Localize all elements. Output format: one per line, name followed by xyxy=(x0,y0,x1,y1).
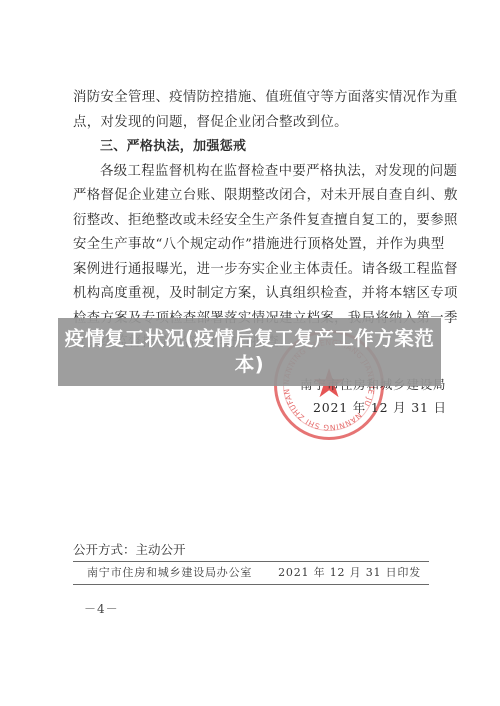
banner-title: 疫情复工状况(疫情后复工复产工作方案范本) xyxy=(64,326,436,378)
paragraph-line: 消防安全管理、疫情防控措施、值班值守等方面落实情况作为重 xyxy=(73,86,433,111)
paragraph-line: 各级工程监督机构在监督检查中要严格执法，对发现的问题 xyxy=(73,160,433,185)
section-heading: 三、严格执法，加强惩戒 xyxy=(73,135,433,160)
title-banner: 疫情复工状况(疫情后复工复产工作方案范本) xyxy=(58,318,441,386)
issuer-organization: 南宁市住房和城乡建设局办公室 xyxy=(73,564,252,584)
paragraph-line: 安全生产事故“八个规定动作”措施进行顶格处置，并作为典型 xyxy=(73,233,433,258)
paragraph-line: 衍整改、拒绝整改或未经安全生产条件复查擅自复工的，要参照 xyxy=(73,209,433,234)
paragraph-line: 严格督促企业建立台账、限期整改闭合，对未开展自查自纠、敷 xyxy=(73,184,433,209)
paragraph-line: 点，对发现的问题，督促企业闭合整改到位。 xyxy=(73,111,433,136)
signing-date: 2021 年 12 月 31 日 xyxy=(300,396,447,419)
disclosure-line: 公开方式：主动公开 xyxy=(73,541,429,562)
issuer-line: 南宁市住房和城乡建设局办公室 2021 年 12 月 31 日印发 xyxy=(73,564,429,585)
document-page: 消防安全管理、疫情防控措施、值班值守等方面落实情况作为重 点，对发现的问题，督促… xyxy=(0,0,500,706)
page-number: －4－ xyxy=(84,600,119,617)
issue-date: 2021 年 12 月 31 日印发 xyxy=(278,564,429,584)
disclosure-text: 公开方式：主动公开 xyxy=(73,542,186,557)
paragraph-line: 案例进行通报曝光，进一步夯实企业主体责任。请各级工程监督 xyxy=(73,258,433,283)
document-body: 消防安全管理、疫情防控措施、值班值守等方面落实情况作为重 点，对发现的问题，督促… xyxy=(73,86,433,356)
paragraph-line: 机构高度重视，及时制定方案，认真组织检查，并将本辖区专项 xyxy=(73,282,433,307)
